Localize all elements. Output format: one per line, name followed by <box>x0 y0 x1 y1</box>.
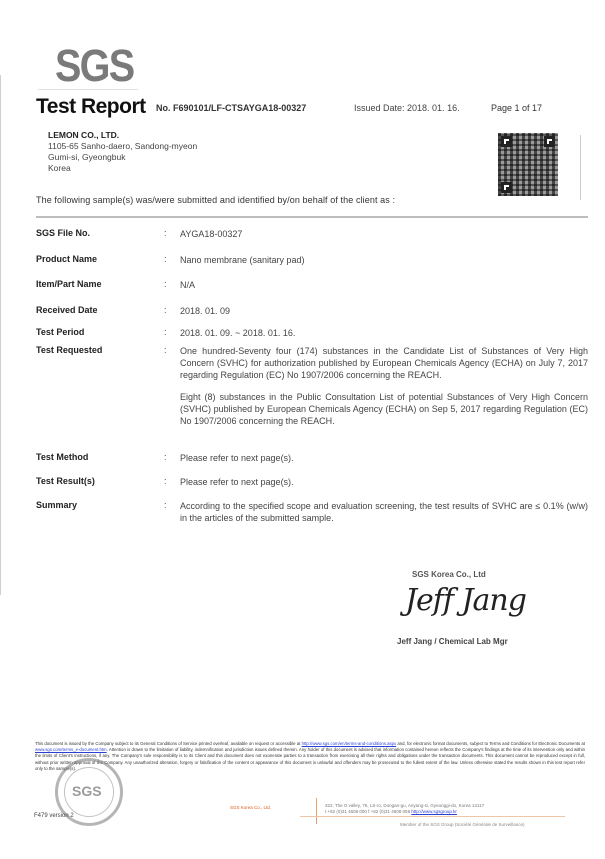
report-header: Test Report No. F690101/LF-CTSAYGA18-003… <box>36 95 576 125</box>
field-value: N/A <box>180 279 588 291</box>
report-title: Test Report <box>36 95 146 119</box>
field-colon: : <box>164 254 167 264</box>
footer-company: SGS Korea Co., Ltd. <box>230 805 271 810</box>
field-value: 2018. 01. 09. ~ 2018. 01. 16. <box>180 327 588 339</box>
signatory-name-title: Jeff Jang / Chemical Lab Mgr <box>397 637 508 646</box>
client-address-line: 1105-65 Sanho-daero, Sandong-myeon <box>48 141 197 152</box>
client-address-block: LEMON CO., LTD. 1105-65 Sanho-daero, San… <box>48 130 197 174</box>
stamp-text: SGS <box>72 783 102 799</box>
field-colon: : <box>164 327 167 337</box>
field-colon: : <box>164 500 167 510</box>
test-requested-paragraph: One hundred-Seventy four (174) substance… <box>180 345 588 381</box>
field-value: According to the specified scope and eva… <box>180 500 588 524</box>
field-value: Nano membrane (sanitary pad) <box>180 254 588 266</box>
disclaimer-text: This document is issued by the Company s… <box>35 741 302 746</box>
intro-statement: The following sample(s) was/were submitt… <box>36 195 395 205</box>
legal-disclaimer: This document is issued by the Company s… <box>35 741 585 772</box>
field-value: 2018. 01. 09 <box>180 305 588 317</box>
header-divider <box>36 216 588 218</box>
client-address-line: Gumi-si, Gyeongbuk <box>48 152 197 163</box>
page-indicator: Page 1 of 17 <box>491 103 542 113</box>
handwritten-signature: Jeff Jang <box>405 583 526 618</box>
footer-divider-vertical <box>316 798 317 824</box>
field-value: AYGA18-00327 <box>180 228 588 240</box>
footer-member-note: Member of the SGS Group (Société Général… <box>400 822 525 827</box>
field-label: Summary <box>36 500 77 510</box>
issued-date: Issued Date: 2018. 01. 16. <box>354 103 460 113</box>
disclaimer-text: . Attention is drawn to the limitation o… <box>35 747 585 771</box>
qr-finder-icon <box>501 182 512 193</box>
client-address-line: Korea <box>48 163 197 174</box>
field-colon: : <box>164 305 167 315</box>
sgs-logo: SGS <box>55 43 133 88</box>
field-label: Test Period <box>36 327 84 337</box>
qr-finder-icon <box>544 136 555 147</box>
field-colon: : <box>164 228 167 238</box>
e-document-terms-link[interactable]: www.sgs.com/terms_e-document.htm <box>35 747 107 752</box>
qr-code-icon <box>498 133 558 196</box>
signatory-company: SGS Korea Co., Ltd <box>412 570 486 579</box>
terms-link[interactable]: http://www.sgs.com/en/terms-and-conditio… <box>302 741 397 746</box>
page-left-edge <box>0 75 1 595</box>
field-label: Test Method <box>36 452 88 462</box>
field-colon: : <box>164 476 167 486</box>
client-name: LEMON CO., LTD. <box>48 130 197 141</box>
footer-divider-horizontal <box>300 816 565 817</box>
field-value: Please refer to next page(s). <box>180 452 588 464</box>
field-colon: : <box>164 279 167 289</box>
website-link[interactable]: http://www.sgsgroup.kr <box>411 809 457 814</box>
field-value: Please refer to next page(s). <box>180 476 588 488</box>
field-colon: : <box>164 452 167 462</box>
field-value: One hundred-Seventy four (174) substance… <box>180 345 588 437</box>
qr-finder-icon <box>501 136 512 147</box>
footer-address: 322, The O valley, 76, LS-ro, Dongan-gu,… <box>325 803 484 815</box>
field-label: Test Result(s) <box>36 476 95 486</box>
footer-contact-line: t +82 (0)31 4608 000 f +82 (0)31 4608 05… <box>325 809 484 815</box>
logo-underline <box>38 89 138 90</box>
field-colon: : <box>164 345 167 355</box>
field-label: Received Date <box>36 305 98 315</box>
footer-phone: t +82 (0)31 4608 000 f +82 (0)31 4608 05… <box>325 809 411 814</box>
field-label: Item/Part Name <box>36 279 102 289</box>
field-label: Test Requested <box>36 345 102 355</box>
qr-border <box>580 135 581 200</box>
disclaimer-text: and, for electronic format documents, su… <box>396 741 585 746</box>
report-number: No. F690101/LF-CTSAYGA18-00327 <box>156 103 306 113</box>
form-version: F479 version 2 <box>34 813 74 819</box>
test-requested-paragraph: Eight (8) substances in the Public Consu… <box>180 391 588 427</box>
field-label: Product Name <box>36 254 97 264</box>
field-label: SGS File No. <box>36 228 90 238</box>
